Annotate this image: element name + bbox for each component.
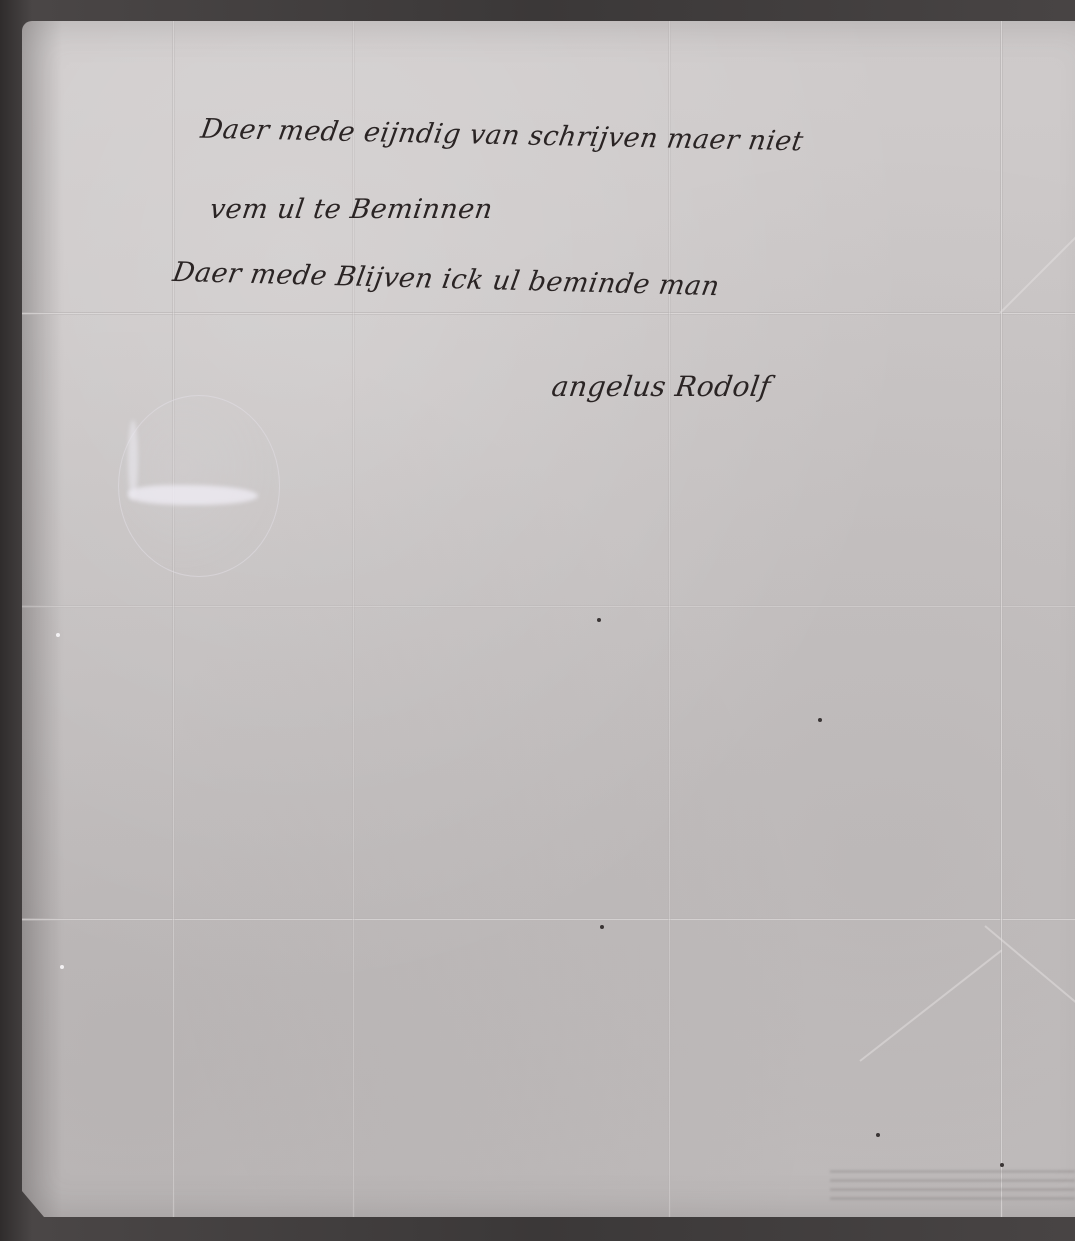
ink-speck (1000, 1163, 1004, 1167)
water-stain-mark (128, 485, 258, 505)
signature: angelus Rodolf (550, 370, 773, 403)
ink-speck (818, 718, 822, 722)
ink-speck (600, 925, 604, 929)
ink-speck (597, 618, 601, 622)
water-stain-mark-vertical (128, 420, 138, 500)
letter-sheet (22, 21, 1075, 1217)
dust-speck (60, 965, 64, 969)
ink-speck (876, 1133, 880, 1137)
bottom-smudge (830, 1170, 1075, 1200)
dust-speck (56, 633, 60, 637)
letter-line-2: vem ul te Beminnen (208, 194, 495, 225)
